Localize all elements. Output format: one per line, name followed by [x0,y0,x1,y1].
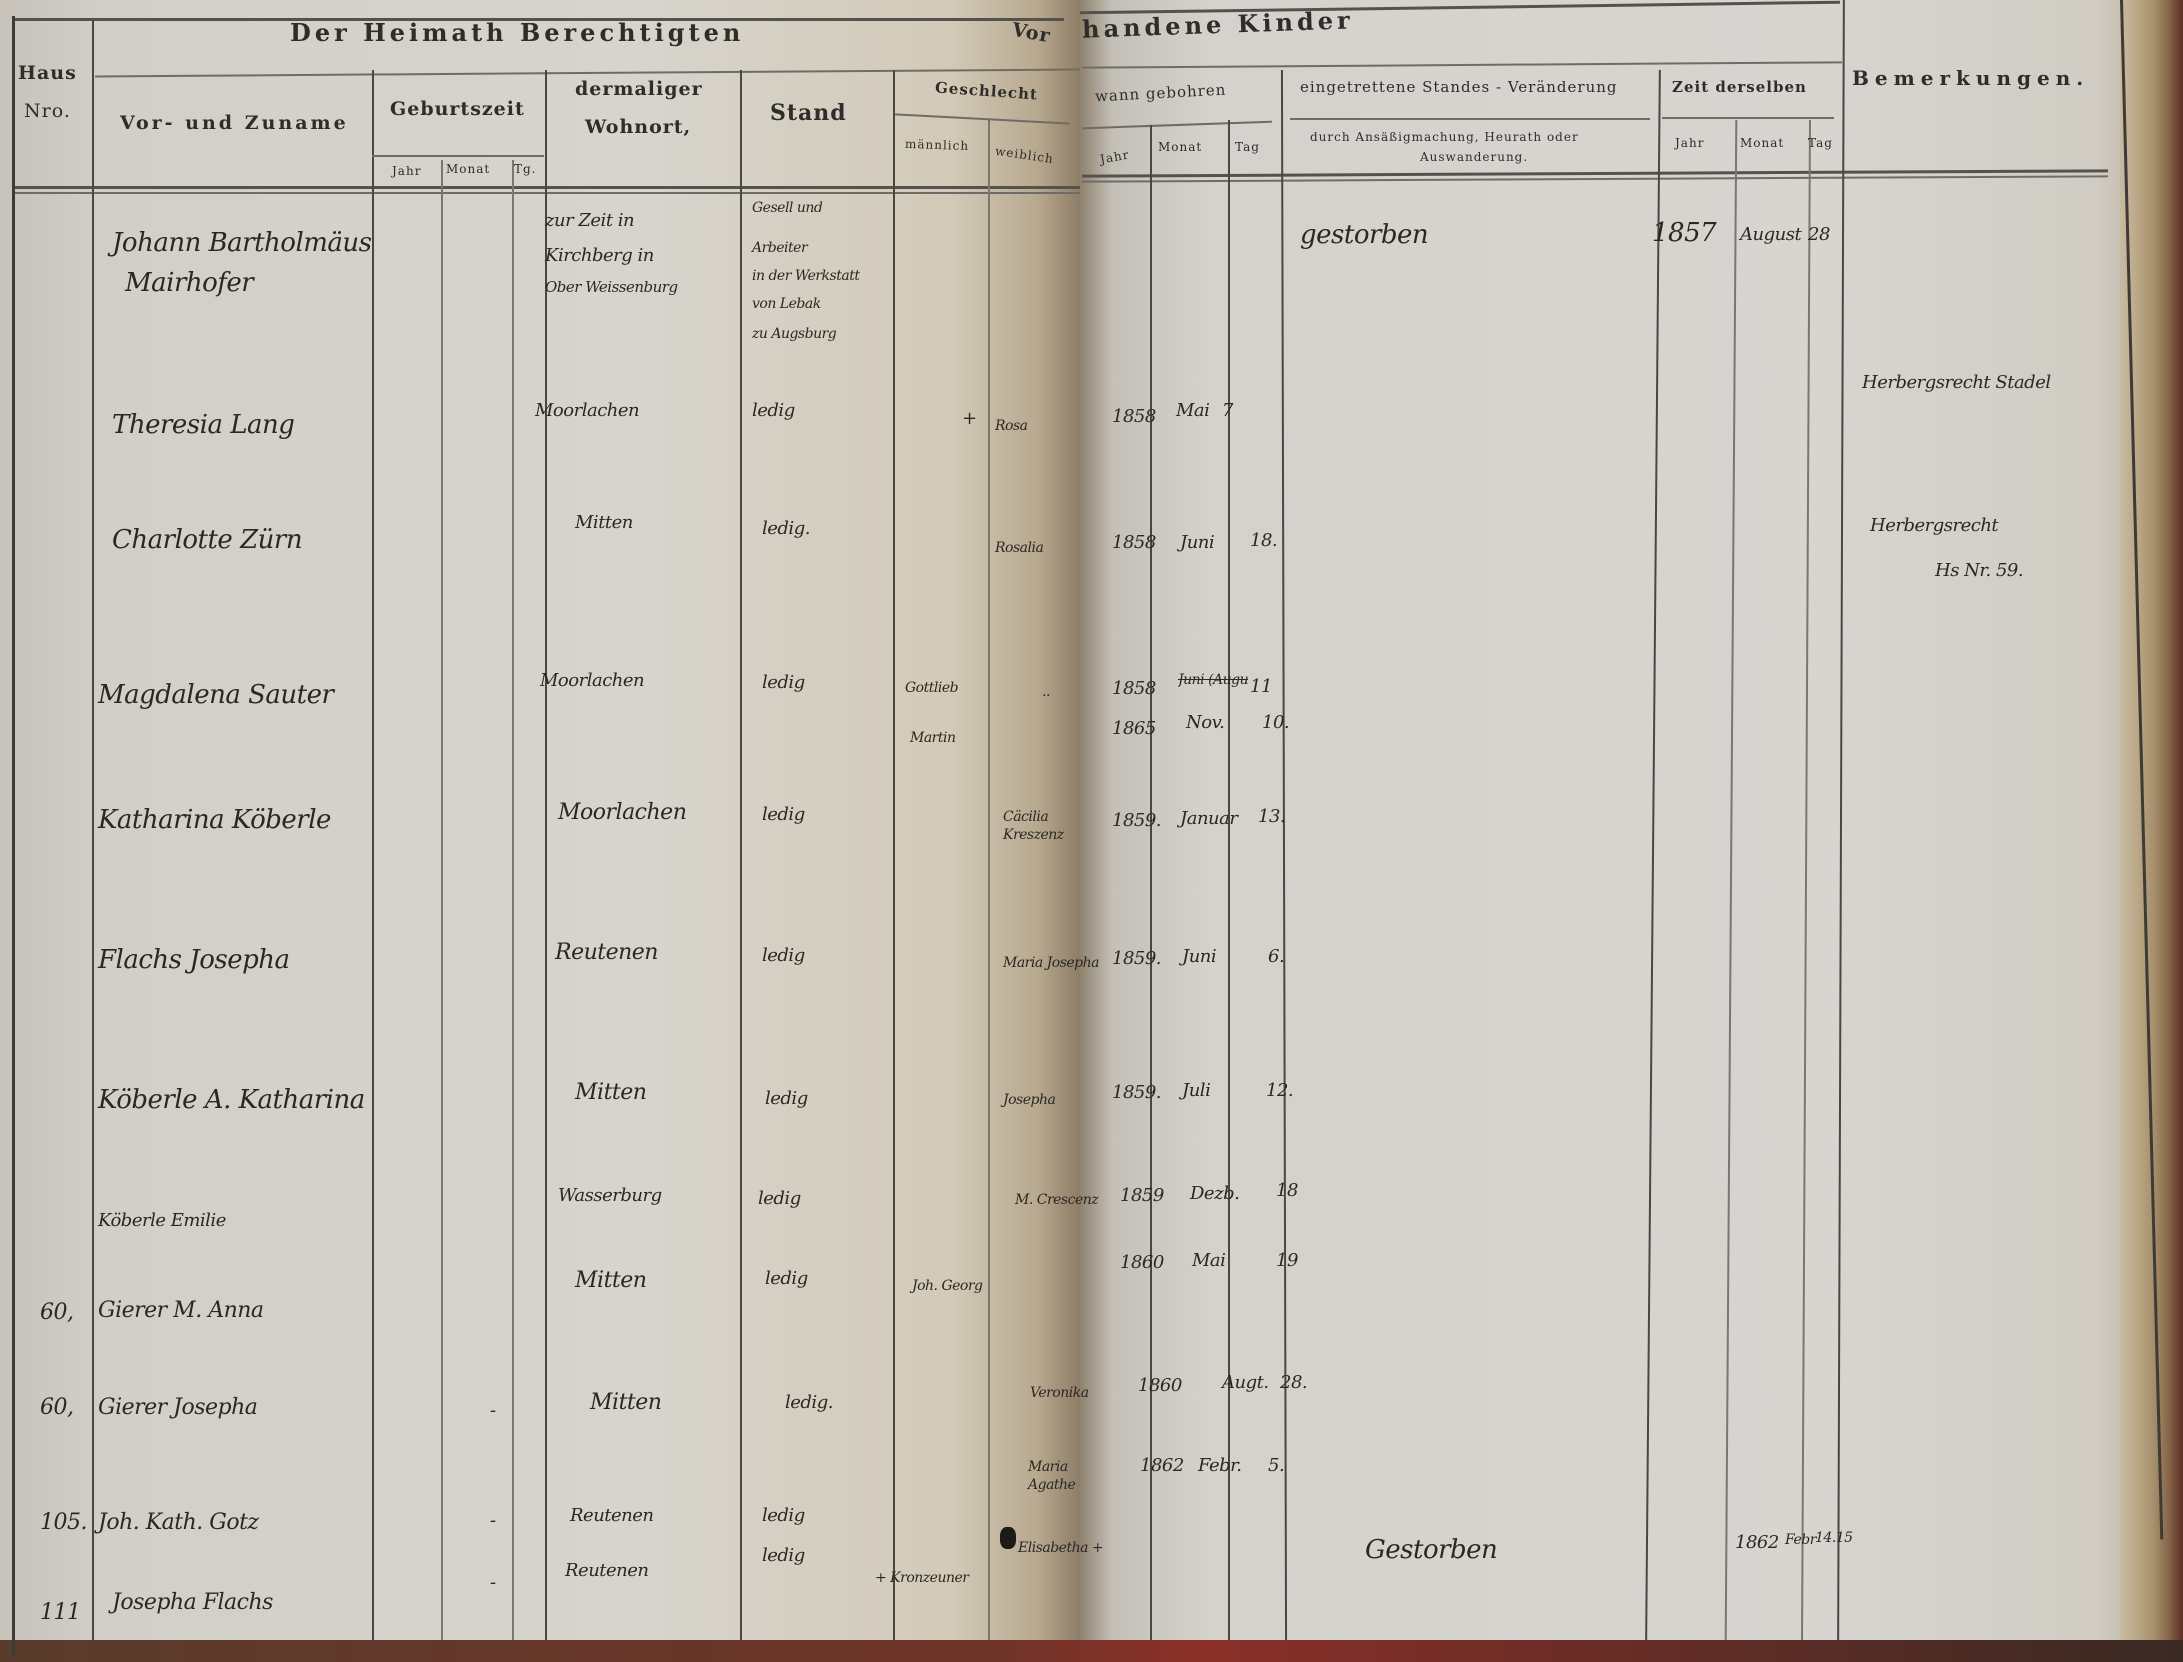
row0-name-line1: Johann Bartholmäus [112,228,372,258]
row9-kind-monat: Augt. [1222,1372,1269,1393]
row4-kind-w: Cäcilia Kreszenz [1003,808,1073,844]
row9-haus-nro: 60, [40,1395,74,1420]
row9-kind-tag: 28. [1280,1372,1307,1393]
row3-kind-w: .. [1042,684,1050,700]
row4-name: Katharina Köberle [98,805,331,835]
row11-veraenderung: Gestorben [1365,1535,1497,1565]
header-kind-tag: Tag [1235,140,1260,154]
row7-kind-w: M. Crescenz [1015,1192,1098,1208]
row0-wohnort-3: Ober Weissenburg [545,278,678,296]
header-name: Vor- und Zuname [120,112,349,134]
row6-kind-tag: 12. [1266,1080,1293,1101]
row3-kind-jahr: 1858 [1112,678,1156,699]
col-divider-kind-monat [1228,120,1230,1640]
row3-kind-monat2: Nov. [1186,712,1224,733]
row6-kind-jahr: 1859. [1112,1082,1161,1103]
row3-kind-tag2: 10. [1262,712,1289,733]
geburtszeit-underline [372,155,544,157]
header-bottom-left [14,186,1080,189]
row4-kind-monat: Januar [1180,808,1237,829]
row0-stand-5: zu Augsburg [752,326,836,342]
row8-kind-m: Joh. Georg [912,1278,983,1294]
header-nro: Nro. [24,100,71,122]
header-zeit-jahr: Jahr [1675,136,1704,150]
row11-zeit-jahr: 1862 [1735,1532,1779,1553]
header-zeit-derselben: Zeit derselben [1672,78,1807,96]
row10-kind-monat: Febr. [1198,1455,1242,1476]
col-divider-name [372,70,374,1640]
row8-stand: ledig [765,1268,808,1289]
row2-name: Charlotte Zürn [112,525,302,555]
header-stand: Stand [770,100,847,126]
header-wohnort-1: dermaliger [575,78,703,100]
ink-blot [1000,1527,1016,1549]
row10-kind-w: Maria Agathe [1028,1458,1088,1494]
row10-wohnort: Reutenen [570,1505,654,1526]
row9-wohnort: Mitten [590,1390,661,1415]
row11-kind-m: + Kronzeuner [875,1570,968,1586]
row2-kind-jahr: 1858 [1112,532,1156,553]
row10-kind-jahr: 1862 [1140,1455,1184,1476]
row5-kind-tag: 6. [1268,946,1284,967]
row0-zeit-jahr: 1857 [1652,218,1716,248]
row1-bemerkung: Herbergsrecht Stadel [1862,372,2051,393]
row9-geb-placeholder: - [490,1400,496,1421]
col-divider-wohnort [740,70,742,1640]
row7-kind-jahr: 1859 [1120,1185,1164,1206]
row2-kind-w: Rosalia [995,540,1043,556]
row5-kind-monat: Juni [1182,946,1216,967]
row3-kind-m: Gottlieb [905,680,958,696]
row3-kind-m2: Martin [910,730,956,746]
header-veraenderung-sub2: Auswanderung. [1420,150,1528,164]
row1-wohnort: Moorlachen [535,400,639,421]
col-divider-geschlecht [988,120,990,1640]
row11-geb-placeholder: - [490,1572,496,1593]
row5-kind-w: Maria Josepha [1003,955,1099,971]
row0-wohnort-1: zur Zeit in [545,210,634,231]
header-bemerkungen: Bemerkungen. [1852,66,2089,90]
row5-kind-jahr: 1859. [1112,948,1161,969]
row3-kind-tag: 11 [1250,676,1272,697]
header-geburtszeit: Geburtszeit [390,98,525,120]
row4-stand: ledig [762,804,805,825]
header-geb-jahr: Jahr [392,164,421,178]
row11-stand: ledig [762,1545,805,1566]
row6-kind-w: Josepha [1003,1092,1055,1108]
table-surface [0,1640,2183,1662]
row5-name: Flachs Josepha [98,945,289,975]
row6-stand: ledig [765,1088,808,1109]
row7-wohnort: Wasserburg [558,1185,662,1206]
row5-stand: ledig [762,945,805,966]
row8-haus-nro: 60, [40,1300,74,1325]
row11-zeit-monat: Febr [1785,1532,1816,1548]
row2-bemerkung-1: Herbergsrecht [1870,515,1998,536]
row11-name: Josepha Flachs [112,1590,273,1615]
row1-kind-w: Rosa [995,418,1028,434]
header-maennlich: männlich [905,137,970,153]
row6-wohnort: Mitten [575,1080,646,1105]
row11-haus-nro: 111 [40,1600,81,1625]
zeit-underline [1662,117,1834,119]
row8-wohnort: Mitten [575,1268,646,1293]
row7-kind-monat: Dezb. [1190,1183,1239,1204]
header-wohnort-2: Wohnort, [585,116,691,138]
col-divider-stand [893,70,895,1640]
row0-wohnort-2: Kirchberg in [545,245,654,266]
col-divider-geb [545,70,547,1640]
header-zeit-monat: Monat [1740,136,1784,150]
col-divider-geb-jahr [441,160,443,1640]
row0-zeit-monat: August [1740,224,1801,245]
row1-kind-jahr: 1858 [1112,406,1156,427]
row1-kind-m: + [962,408,977,429]
row9-name: Gierer Josepha [98,1395,257,1420]
row11-wohnort: Reutenen [565,1560,649,1581]
row11-zeit-tag: 14.15 [1815,1530,1853,1546]
veraenderung-underline [1290,118,1650,120]
row7-kind-tag: 18 [1276,1180,1298,1201]
row10-name: Joh. Kath. Gotz [98,1510,259,1535]
row1-kind-monat: Mai [1176,400,1209,421]
row2-bemerkung-2: Hs Nr. 59. [1935,560,2023,581]
row8-kind-monat: Mai [1192,1250,1225,1271]
header-geb-monat: Monat [446,162,490,176]
row0-name-line2: Mairhofer [125,268,253,298]
header-haus: Haus [18,62,77,84]
row10-haus-nro: 105. [40,1510,87,1535]
row0-stand-3: in der Werkstatt [752,268,859,284]
row4-wohnort: Moorlachen [558,800,686,825]
row10-kind-tag: 5. [1268,1455,1284,1476]
col-divider-kind-jahr [1150,125,1152,1640]
row9-kind-w: Veronika [1030,1385,1089,1401]
row10-stand: ledig [762,1505,805,1526]
right-page [1080,0,2150,1662]
row2-wohnort: Mitten [575,512,633,533]
row10-geb-placeholder: - [490,1510,496,1531]
row3-stand: ledig [762,672,805,693]
row4-kind-tag: 13. [1258,806,1285,827]
row5-wohnort: Reutenen [555,940,658,965]
header-kind-monat: Monat [1158,140,1202,154]
row8-kind-jahr: 1860 [1120,1252,1164,1273]
row0-stand-2: Arbeiter [752,240,807,256]
header-zeit-tag: Tag [1808,136,1833,150]
row0-stand-1: Gesell und [752,200,822,216]
row9-stand: ledig. [785,1392,833,1413]
col-divider-haus [92,20,94,1640]
row8-name: Gierer M. Anna [98,1298,264,1323]
header-veraenderung-sub1: durch Ansäßigmachung, Heurath oder [1310,130,1579,144]
row0-stand-4: von Lebak [752,296,821,312]
row2-kind-monat: Juni [1180,532,1214,553]
row1-kind-tag: 7 [1222,400,1233,421]
row9-kind-jahr: 1860 [1138,1375,1182,1396]
row3-wohnort: Moorlachen [540,670,644,691]
header-bottom2-left [14,192,1080,194]
row1-name: Theresia Lang [112,410,294,440]
row11-kind-w: Elisabetha + [1018,1540,1103,1556]
row0-zeit-tag: 28 [1808,224,1830,245]
header-standes-veraenderung: eingetrettene Standes - Veränderung [1300,78,1618,96]
row4-kind-jahr: 1859. [1112,810,1161,831]
row2-kind-tag: 18. [1250,530,1277,551]
section-title-heimath: Der Heimath Berechtigten [290,18,744,47]
row6-name: Köberle A. Katharina [98,1085,365,1115]
col-divider-geb-monat [512,160,514,1640]
left-outer-border [12,16,15,1656]
header-geb-tag: Tg. [514,162,537,176]
row0-veraenderung: gestorben [1300,220,1428,250]
row3-kind-monat: Juni (August crossed) [1178,672,1248,688]
row7-stand: ledig [758,1188,801,1209]
row2-stand: ledig. [762,518,810,539]
row1-stand: ledig [752,400,795,421]
row3-kind-jahr2: 1865 [1112,718,1156,739]
row7-name: Köberle Emilie [98,1210,226,1231]
row6-kind-monat: Juli [1182,1080,1210,1101]
row3-name: Magdalena Sauter [98,680,333,710]
row8-kind-tag: 19 [1276,1250,1298,1271]
open-register-book: Der Heimath Berechtigten Haus Nro. Vor- … [0,0,2183,1662]
